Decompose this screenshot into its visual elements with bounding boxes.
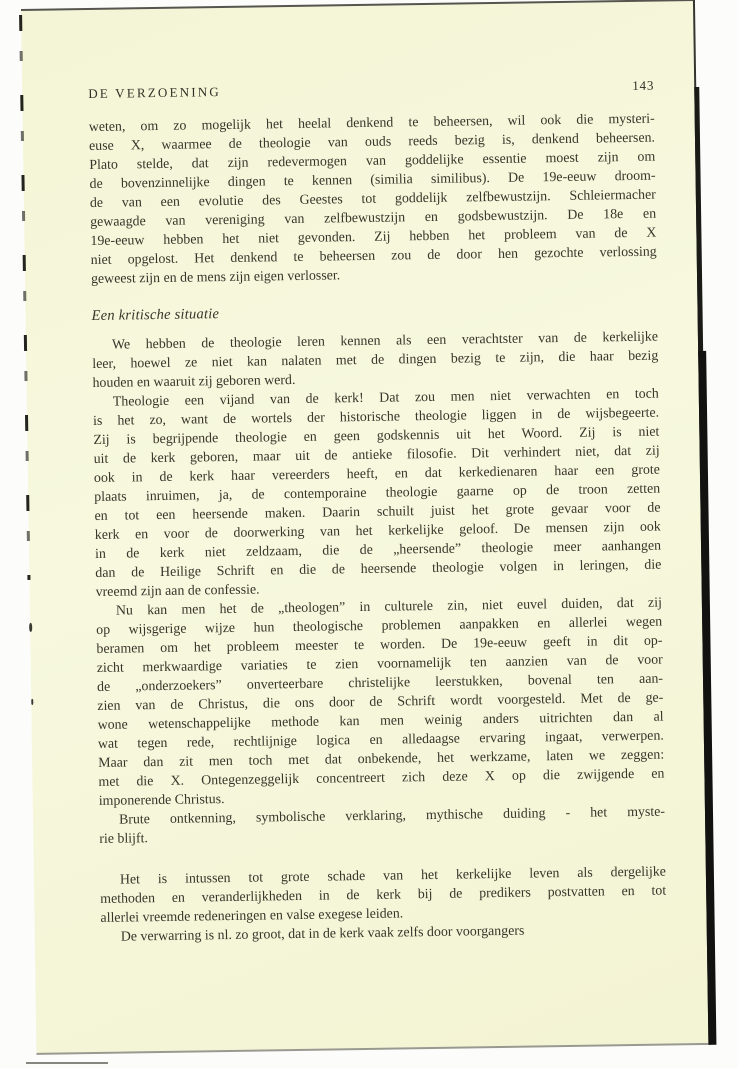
paragraph: Het is intussen tot grote schade van het… <box>100 863 667 928</box>
paragraph: Brute ontkenning, symbolische verklaring… <box>99 803 666 849</box>
running-title: DE VERZOENING <box>88 84 221 102</box>
paragraph: weten, om zo mogelijk het heelal denkend… <box>89 110 657 289</box>
scan-speck <box>29 623 32 632</box>
page-number: 143 <box>632 78 654 94</box>
page-header: DE VERZOENING 143 <box>88 78 654 102</box>
book-page: DE VERZOENING 143 weten, om zo mogelijk … <box>21 0 710 1055</box>
scan-artifact-line <box>26 1062 108 1064</box>
paragraph: We hebben de theologie leren kennen als … <box>92 328 659 393</box>
page-edge-shadow <box>698 351 716 1045</box>
section-heading: Een kritische situatie <box>91 299 657 326</box>
body-text: weten, om zo mogelijk het heelal denkend… <box>89 110 667 947</box>
paragraph: Theologie een vijand van de kerk! Dat zo… <box>93 385 662 602</box>
page-edge-shadow <box>694 87 703 357</box>
binding-marks <box>19 15 30 580</box>
paragraph: Nu kan men het de „theologen” in culture… <box>96 594 665 811</box>
scan-speck <box>31 699 33 705</box>
